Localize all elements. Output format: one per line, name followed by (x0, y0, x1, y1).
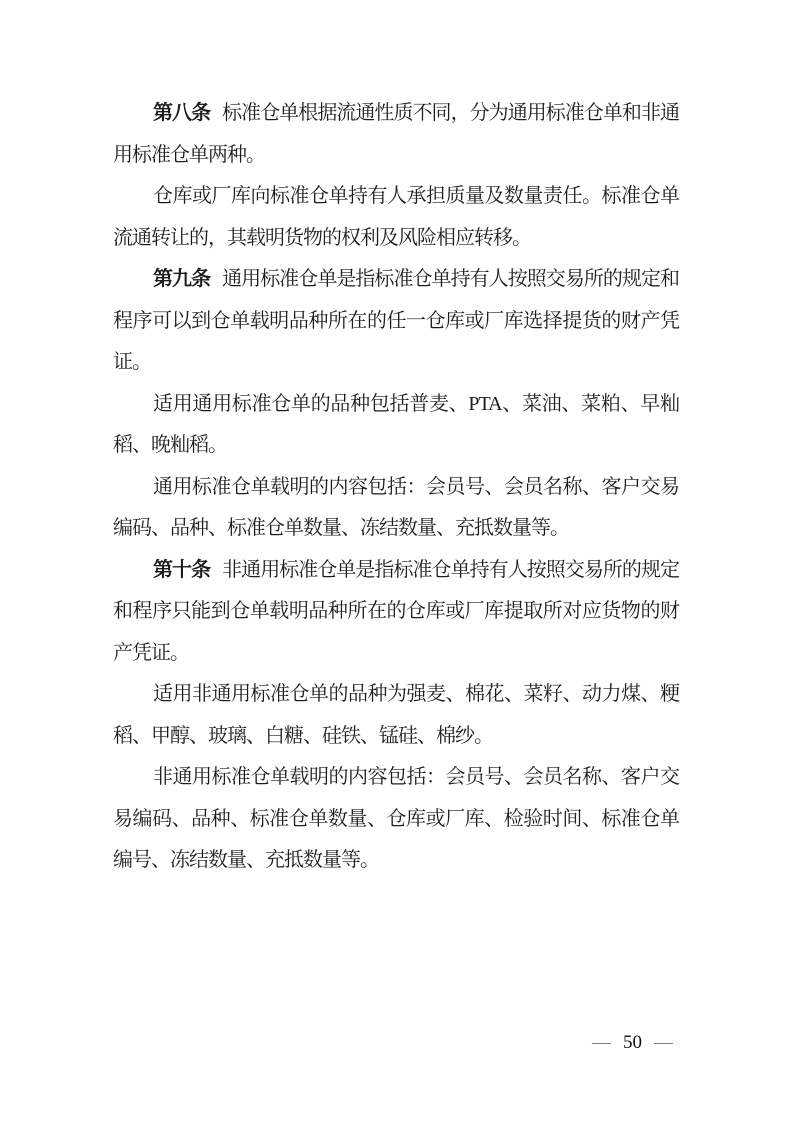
document-body: 第八条标准仓单根据流通性质不同，分为通用标准仓单和非通用标准仓单两种。 仓库或厂… (113, 93, 679, 882)
footer-dash-right: — (654, 1031, 673, 1055)
paragraph-text: 适用非通用标准仓单的品种为强麦、棉花、菜籽、动力煤、粳稻、甲醇、玻璃、白糖、硅铁… (113, 683, 679, 747)
footer-dash-left: — (592, 1031, 611, 1055)
document-page: 第八条标准仓单根据流通性质不同，分为通用标准仓单和非通用标准仓单两种。 仓库或厂… (0, 0, 793, 1122)
paragraph-text: 适用通用标准仓单的品种包括普麦、PTA、菜油、菜粕、早籼稻、晚籼稻。 (113, 393, 679, 457)
paragraph-article-8: 第八条标准仓单根据流通性质不同，分为通用标准仓单和非通用标准仓单两种。 (113, 93, 679, 176)
page-number: 50 (623, 1031, 642, 1055)
paragraph-text: 非通用标准仓单载明的内容包括：会员号、会员名称、客户交易编码、品种、标准仓单数量… (113, 766, 679, 871)
article-9-number: 第九条 (153, 268, 210, 290)
paragraph-general-receipt-contents: 通用标准仓单载明的内容包括：会员号、会员名称、客户交易编码、品种、标准仓单数量、… (113, 467, 679, 550)
article-10-number: 第十条 (153, 559, 210, 581)
paragraph-article-10: 第十条非通用标准仓单是指标准仓单持有人按照交易所的规定和程序只能到仓单载明品种所… (113, 550, 679, 675)
paragraph-text: 仓库或厂库向标准仓单持有人承担质量及数量责任。标准仓单流通转让的，其载明货物的权… (113, 185, 679, 249)
paragraph-nongeneral-receipt-contents: 非通用标准仓单载明的内容包括：会员号、会员名称、客户交易编码、品种、标准仓单数量… (113, 757, 679, 882)
paragraph-general-receipt-varieties: 适用通用标准仓单的品种包括普麦、PTA、菜油、菜粕、早籼稻、晚籼稻。 (113, 384, 679, 467)
paragraph-nongeneral-receipt-varieties: 适用非通用标准仓单的品种为强麦、棉花、菜籽、动力煤、粳稻、甲醇、玻璃、白糖、硅铁… (113, 674, 679, 757)
paragraph-warehouse-liability: 仓库或厂库向标准仓单持有人承担质量及数量责任。标准仓单流通转让的，其载明货物的权… (113, 176, 679, 259)
paragraph-text: 通用标准仓单载明的内容包括：会员号、会员名称、客户交易编码、品种、标准仓单数量、… (113, 476, 679, 540)
article-8-number: 第八条 (153, 102, 210, 124)
paragraph-article-9: 第九条通用标准仓单是指标准仓单持有人按照交易所的规定和程序可以到仓单载明品种所在… (113, 259, 679, 384)
page-footer: — 50 — (592, 1031, 673, 1055)
